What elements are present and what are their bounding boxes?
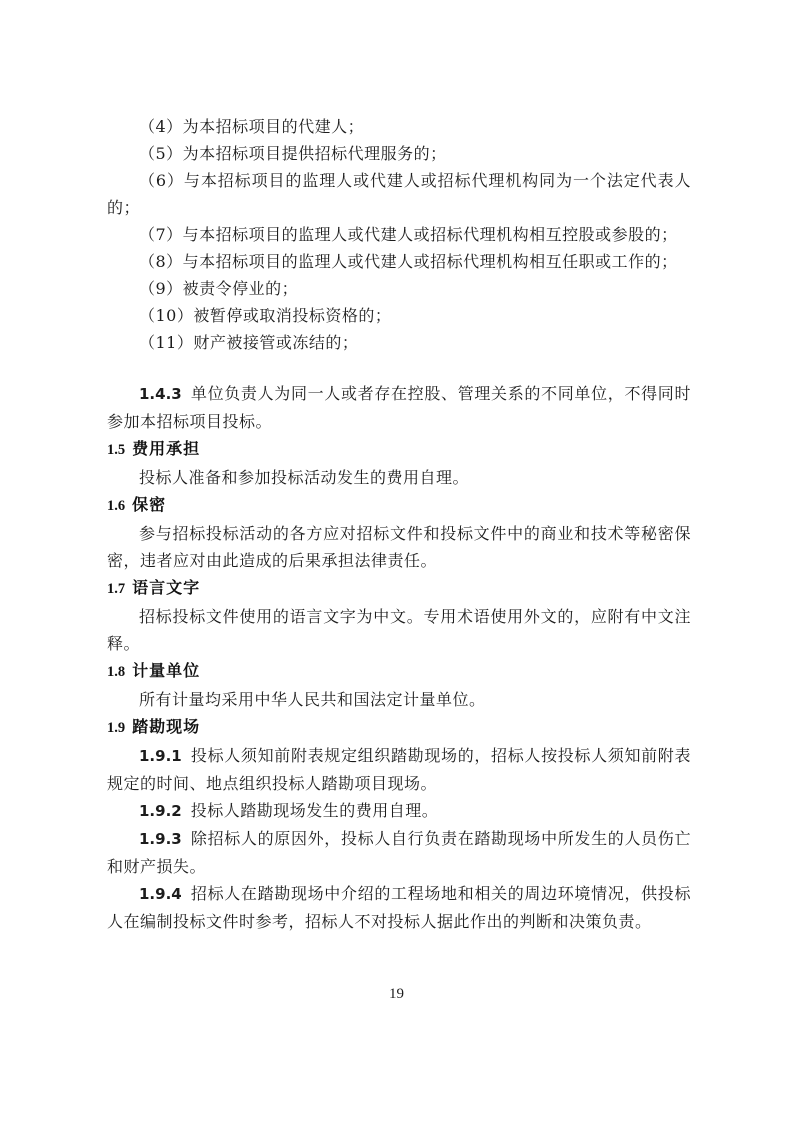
paragraph-costs: 投标人准备和参加投标活动发生的费用自理。 [107, 464, 691, 491]
paragraph-units: 所有计量均采用中华人民共和国法定计量单位。 [107, 686, 691, 713]
clause-1-4-3: 1.4.3单位负责人为同一人或者存在控股、管理关系的不同单位，不得同时参加本招标… [107, 380, 691, 435]
heading-number: 1.6 [107, 498, 125, 514]
clause-1-9-2: 1.9.2投标人踏勘现场发生的费用自理。 [107, 797, 691, 825]
list-item-4: （4）为本招标项目的代建人； [107, 113, 691, 140]
paragraph-confidentiality: 参与招标投标活动的各方应对招标文件和投标文件中的商业和技术等秘密保密，违者应对由… [107, 520, 691, 574]
heading-number: 1.5 [107, 442, 125, 458]
section-heading-1-5: 1.5费用承担 [107, 435, 691, 464]
section-heading-1-6: 1.6保密 [107, 491, 691, 520]
section-heading-1-9: 1.9踏勘现场 [107, 713, 691, 742]
clause-number: 1.9.4 [139, 885, 182, 903]
clause-number: 1.4.3 [139, 385, 182, 403]
list-item-11: （11）财产被接管或冻结的； [107, 329, 691, 356]
page-number: 19 [0, 986, 793, 1003]
list-item-8: （8）与本招标项目的监理人或代建人或招标代理机构相互任职或工作的； [107, 248, 691, 275]
clause-text: 招标人在踏勘现场中介绍的工程场地和相关的周边环境情况，供投标人在编制投标文件时参… [107, 884, 691, 931]
clause-text: 除招标人的原因外，投标人自行负责在踏勘现场中所发生的人员伤亡和财产损失。 [107, 829, 691, 876]
heading-title: 计量单位 [132, 661, 200, 680]
clause-number: 1.9.1 [139, 747, 182, 765]
section-heading-1-7: 1.7语言文字 [107, 574, 691, 603]
list-item-6: （6）与本招标项目的监理人或代建人或招标代理机构同为一个法定代表人的； [107, 167, 691, 221]
clause-text: 单位负责人为同一人或者存在控股、管理关系的不同单位，不得同时参加本招标项目投标。 [107, 384, 691, 431]
list-item-9: （9）被责令停业的； [107, 275, 691, 302]
heading-number: 1.7 [107, 581, 125, 597]
clause-1-9-4: 1.9.4招标人在踏勘现场中介绍的工程场地和相关的周边环境情况，供投标人在编制投… [107, 880, 691, 935]
document-content: （4）为本招标项目的代建人； （5）为本招标项目提供招标代理服务的； （6）与本… [107, 113, 691, 935]
section-heading-1-8: 1.8计量单位 [107, 657, 691, 686]
list-item-10: （10）被暂停或取消投标资格的； [107, 302, 691, 329]
clause-1-9-3: 1.9.3除招标人的原因外，投标人自行负责在踏勘现场中所发生的人员伤亡和财产损失… [107, 825, 691, 880]
blank-line [107, 356, 691, 380]
heading-title: 踏勘现场 [132, 717, 200, 736]
list-item-7: （7）与本招标项目的监理人或代建人或招标代理机构相互控股或参股的； [107, 221, 691, 248]
clause-1-9-1: 1.9.1投标人须知前附表规定组织踏勘现场的，招标人按投标人须知前附表规定的时间… [107, 742, 691, 797]
list-item-5: （5）为本招标项目提供招标代理服务的； [107, 140, 691, 167]
clause-number: 1.9.2 [139, 802, 182, 820]
heading-title: 保密 [132, 495, 166, 514]
paragraph-language: 招标投标文件使用的语言文字为中文。专用术语使用外文的，应附有中文注释。 [107, 603, 691, 657]
heading-number: 1.8 [107, 664, 125, 680]
clause-text: 投标人须知前附表规定组织踏勘现场的，招标人按投标人须知前附表规定的时间、地点组织… [107, 746, 691, 793]
clause-text: 投标人踏勘现场发生的费用自理。 [191, 801, 439, 820]
heading-title: 费用承担 [132, 439, 200, 458]
clause-number: 1.9.3 [139, 830, 182, 848]
heading-number: 1.9 [107, 720, 125, 736]
heading-title: 语言文字 [132, 578, 200, 597]
document-page: （4）为本招标项目的代建人； （5）为本招标项目提供招标代理服务的； （6）与本… [0, 0, 793, 1122]
